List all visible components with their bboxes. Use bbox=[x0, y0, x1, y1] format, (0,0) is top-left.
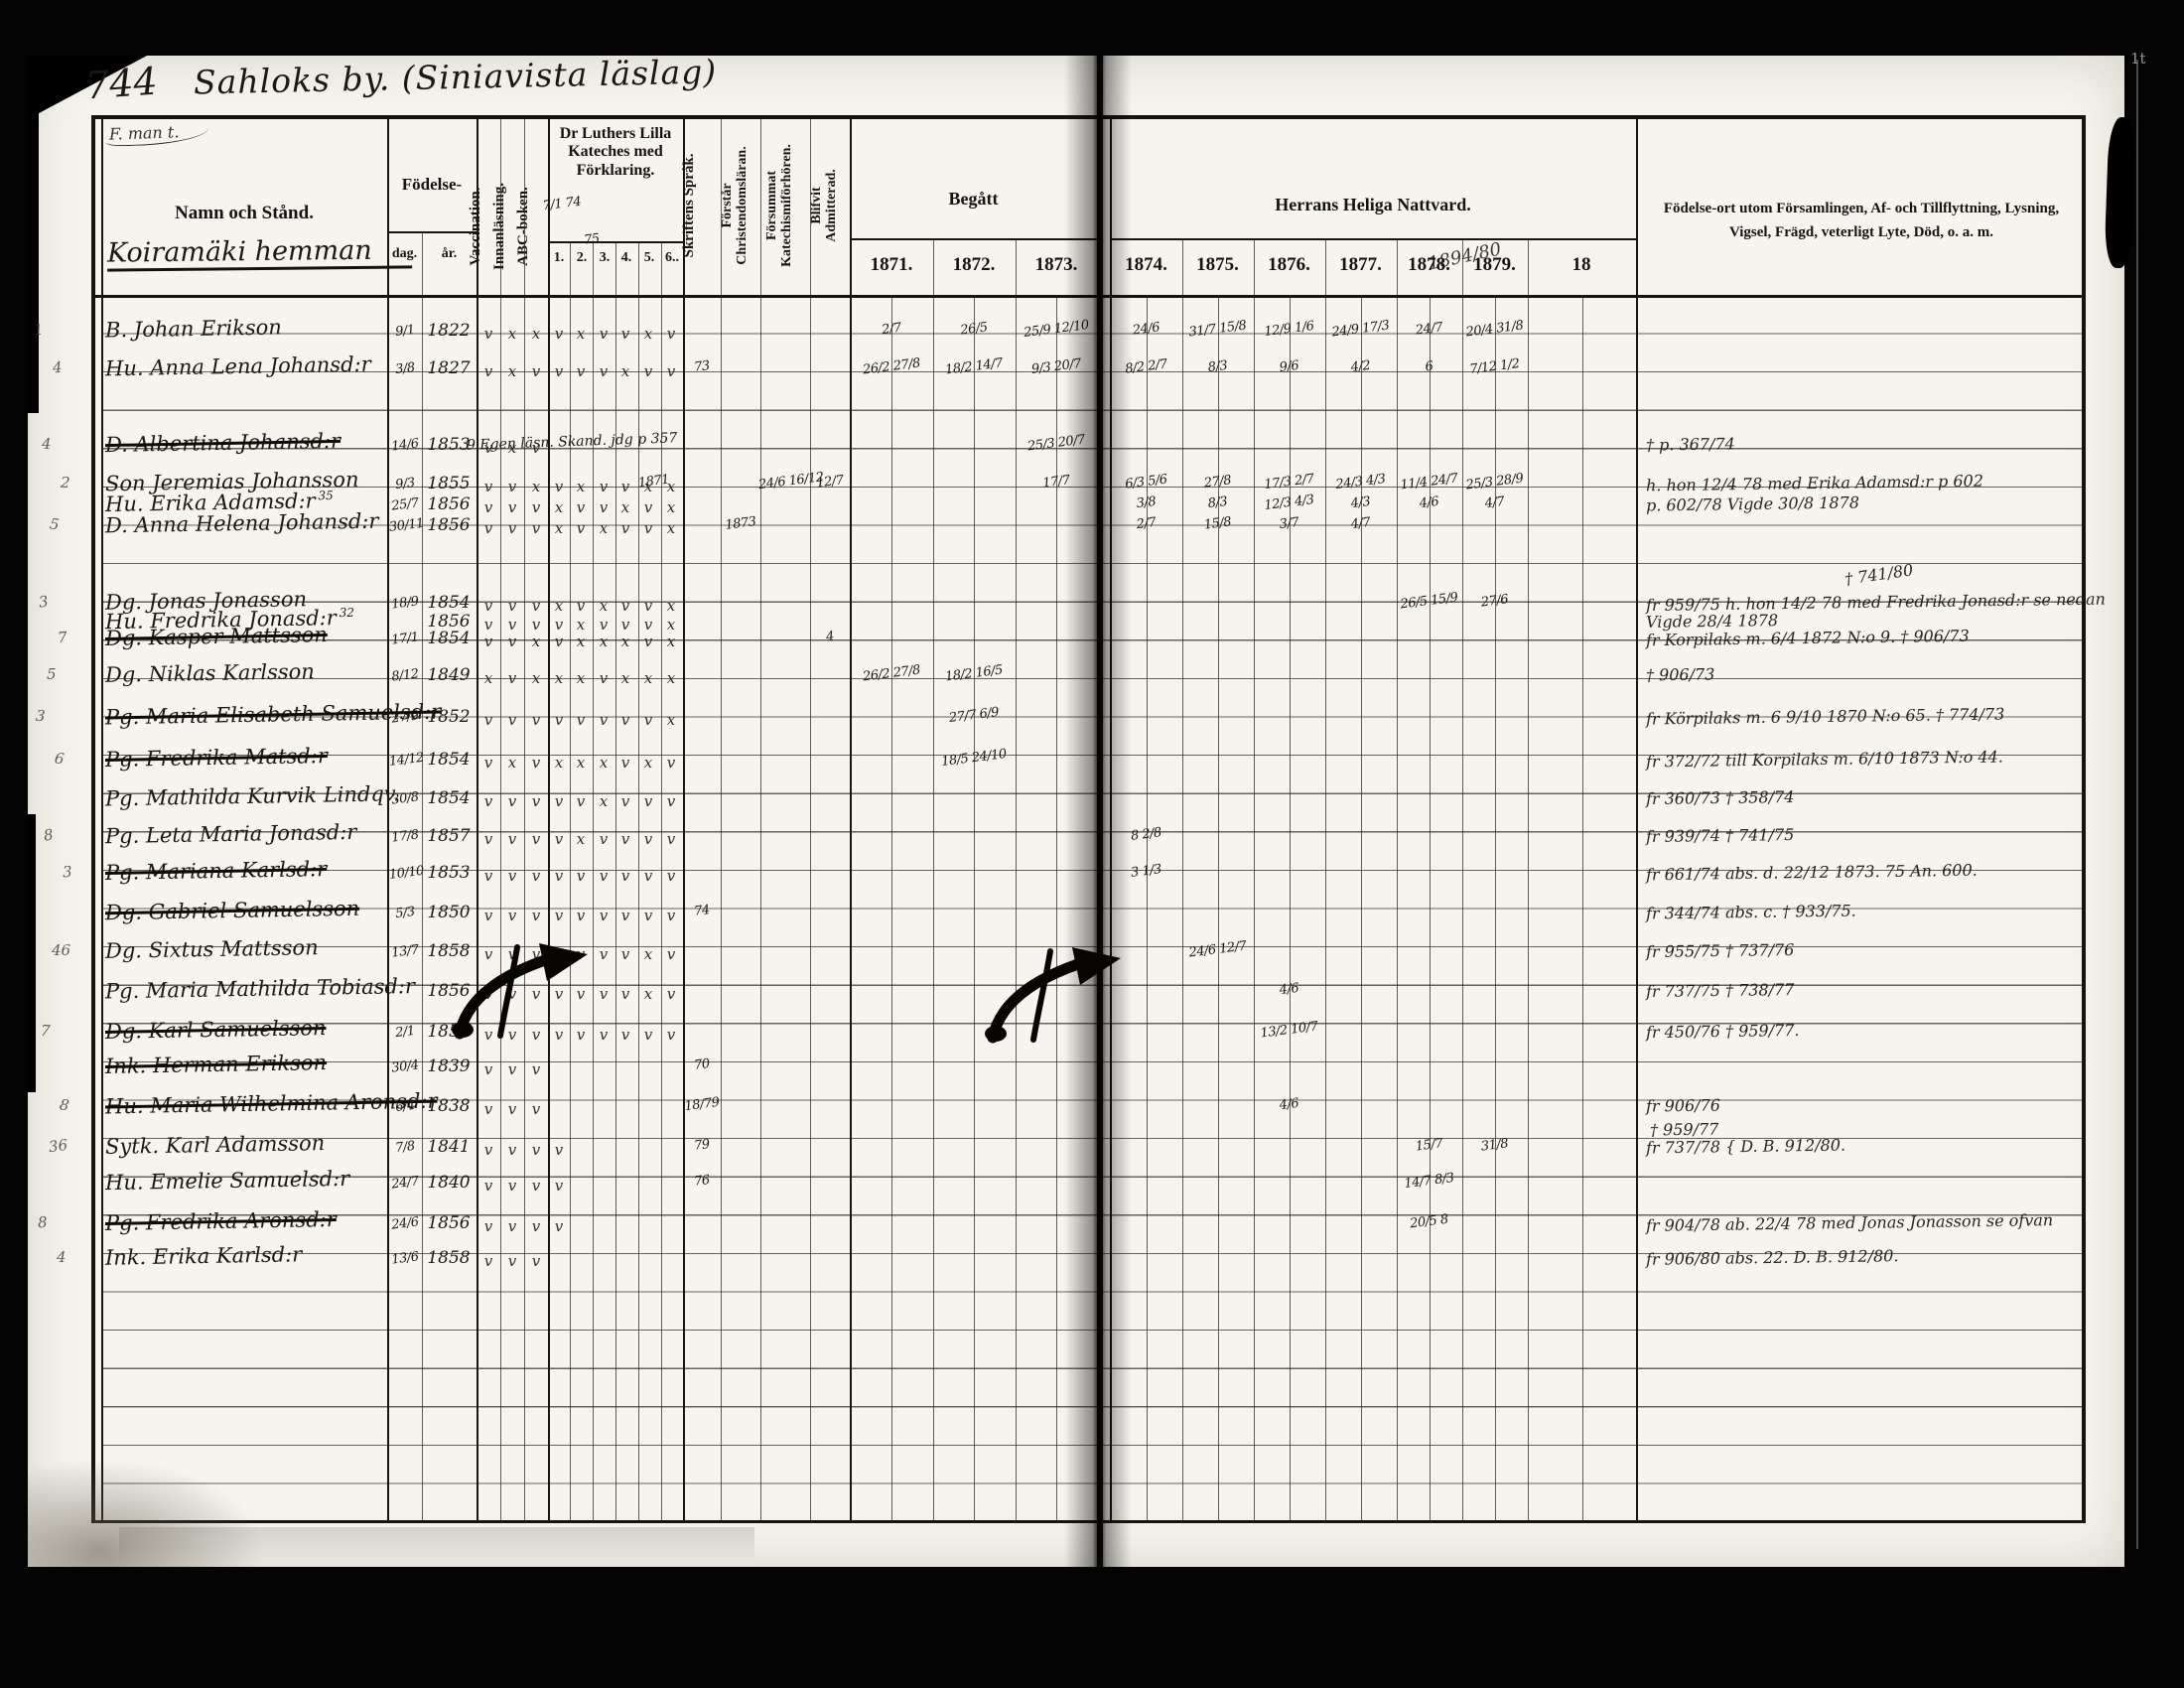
reading-mark: v bbox=[549, 907, 569, 924]
catechism-col-number: 5. bbox=[637, 250, 661, 266]
column-line bbox=[721, 119, 722, 1523]
column-header-scripture-language: Skriftens Språk. bbox=[682, 131, 722, 280]
reading-mark: x bbox=[526, 478, 546, 495]
reading-mark: x bbox=[638, 985, 658, 1003]
reading-mark: v bbox=[526, 1177, 546, 1195]
year-label: 1876. bbox=[1254, 254, 1324, 276]
page-edge-blob bbox=[2104, 117, 2136, 269]
reading-mark: v bbox=[478, 1217, 498, 1235]
marginal-mark: 7 bbox=[40, 1022, 51, 1041]
birth-year: 1840 bbox=[421, 1173, 477, 1193]
reading-mark: v bbox=[526, 945, 546, 963]
column-header-admitted: Blifvit Admitterad. bbox=[810, 151, 850, 260]
reading-mark: v bbox=[638, 519, 658, 537]
reading-mark: v bbox=[549, 633, 569, 650]
reading-mark: v bbox=[571, 1026, 591, 1044]
grid-line bbox=[850, 238, 1097, 240]
person-name: Ink. Erika Karlsd:r bbox=[105, 1242, 303, 1269]
column-header-birth: Födelse- bbox=[387, 175, 477, 195]
year-label: 1875. bbox=[1182, 254, 1253, 276]
remarks-note: † p. 367/74 bbox=[1646, 435, 1735, 455]
reading-mark: x bbox=[571, 633, 591, 650]
birth-year: 1858 bbox=[421, 941, 477, 961]
torn-edge-strip bbox=[28, 56, 39, 413]
reading-mark: v bbox=[549, 830, 569, 848]
reading-mark: v bbox=[526, 1100, 546, 1118]
column-line bbox=[524, 119, 525, 1523]
reading-mark: v bbox=[615, 907, 635, 924]
reading-mark: x bbox=[615, 362, 635, 380]
column-header-abc-book: ABC-boken. bbox=[516, 152, 556, 301]
reading-mark: v bbox=[638, 792, 658, 810]
birth-year: 1857 bbox=[421, 826, 477, 846]
reading-mark: v bbox=[615, 325, 635, 343]
reading-mark: v bbox=[502, 478, 522, 495]
reading-mark: v bbox=[661, 792, 681, 810]
person-name: Sytk. Karl Adamsson bbox=[105, 1131, 326, 1159]
reading-mark: v bbox=[549, 1141, 569, 1159]
reading-mark: v bbox=[638, 498, 658, 516]
person-name: Dg. Gabriel Samuelsson bbox=[105, 897, 360, 924]
reading-mark: v bbox=[502, 1100, 522, 1118]
column-line bbox=[1397, 238, 1398, 1523]
reading-mark: x bbox=[549, 519, 569, 537]
reading-mark: v bbox=[502, 1252, 522, 1270]
reading-mark: v bbox=[661, 1026, 681, 1044]
reading-mark: v bbox=[638, 867, 658, 885]
birth-year: 1854 bbox=[421, 788, 477, 808]
reading-mark: v bbox=[526, 792, 546, 810]
person-name: Pg. Fredrika Aronsd:r bbox=[105, 1207, 337, 1235]
reading-mark: v bbox=[549, 945, 569, 963]
reading-mark: v bbox=[615, 1026, 635, 1044]
reading-mark: v bbox=[615, 830, 635, 848]
reading-mark: v bbox=[549, 325, 569, 343]
reading-mark: v bbox=[661, 754, 681, 772]
reading-mark: v bbox=[526, 754, 546, 772]
reading-mark: v bbox=[502, 867, 522, 885]
remarks-note: fr 939/74 † 741/75 bbox=[1646, 825, 1795, 846]
reading-mark: v bbox=[502, 597, 522, 615]
reading-mark: v bbox=[661, 325, 681, 343]
column-line bbox=[1016, 238, 1017, 1523]
reading-mark: v bbox=[502, 519, 522, 537]
reading-mark: x bbox=[661, 519, 681, 537]
person-name: Pg. Leta Maria Jonasd:r bbox=[105, 820, 357, 848]
reading-mark: v bbox=[594, 478, 614, 495]
reading-mark: v bbox=[594, 498, 614, 516]
reading-mark: v bbox=[526, 1141, 546, 1159]
reading-mark: v bbox=[594, 711, 614, 729]
column-line bbox=[974, 298, 975, 1523]
column-line bbox=[1325, 238, 1326, 1523]
reading-mark: v bbox=[526, 867, 546, 885]
reading-mark: v bbox=[478, 597, 498, 615]
column-header-communion: Herrans Heliga Nattvard. bbox=[1110, 195, 1636, 215]
reading-mark: v bbox=[549, 1026, 569, 1044]
remarks-note: fr 737/75 † 738/77 bbox=[1646, 980, 1795, 1001]
reading-mark: v bbox=[549, 867, 569, 885]
column-line bbox=[810, 119, 811, 1523]
reading-mark: x bbox=[594, 633, 614, 650]
remarks-note: fr 360/73 † 358/74 bbox=[1646, 786, 1795, 807]
reading-mark: v bbox=[615, 985, 635, 1003]
reading-mark: v bbox=[502, 498, 522, 516]
catechism-col-number: 4. bbox=[614, 250, 638, 266]
reading-mark: v bbox=[478, 519, 498, 537]
reading-mark: v bbox=[502, 1060, 522, 1078]
marginal-mark: 2 bbox=[60, 474, 70, 492]
marginal-mark: 4 bbox=[57, 1248, 67, 1266]
reading-mark: x bbox=[638, 945, 658, 963]
reading-mark: x bbox=[571, 478, 591, 495]
reading-mark: v bbox=[638, 362, 658, 380]
reading-mark: v bbox=[526, 498, 546, 516]
reading-mark: v bbox=[549, 616, 569, 633]
person-name: Dg. Sixtus Mattsson bbox=[105, 935, 319, 963]
birth-year: 1852 bbox=[421, 707, 477, 727]
reading-mark: v bbox=[571, 945, 591, 963]
reading-mark: x bbox=[615, 498, 635, 516]
scanned-register-page: 744 Sahloks by. (Siniavista läslag) F. m… bbox=[0, 0, 2184, 1688]
reading-mark: v bbox=[638, 633, 658, 650]
reading-mark: x bbox=[594, 754, 614, 772]
reading-mark: v bbox=[661, 830, 681, 848]
person-name: D. Albertina Johansd:r bbox=[105, 429, 341, 457]
reading-mark: v bbox=[615, 867, 635, 885]
birth-year: 1850 bbox=[421, 1022, 477, 1042]
reading-mark: v bbox=[502, 792, 522, 810]
marginal-mark: 6 bbox=[54, 749, 66, 768]
reading-mark: v bbox=[549, 985, 569, 1003]
person-name: Dg. Niklas Karlsson bbox=[105, 659, 315, 687]
person-name: Pg. Fredrika Matsd:r bbox=[105, 744, 328, 772]
reading-mark: v bbox=[615, 616, 635, 633]
column-header-remarks: Födelse-ort utom Församlingen, Af- och T… bbox=[1650, 197, 2073, 244]
remarks-note: fr 344/74 abs. c. † 933/75. bbox=[1646, 902, 1856, 923]
reading-mark: v bbox=[478, 1026, 498, 1044]
column-header-name: Namn och Stånd. bbox=[109, 203, 379, 224]
reading-mark: v bbox=[526, 985, 546, 1003]
catechism-col-number: 2. bbox=[570, 250, 594, 266]
birth-year: 1854 bbox=[421, 750, 477, 770]
person-name: B. Johan Erikson bbox=[105, 315, 282, 342]
column-line bbox=[891, 298, 892, 1523]
reading-mark: v bbox=[638, 830, 658, 848]
reading-mark: v bbox=[478, 1100, 498, 1118]
reading-mark: v bbox=[478, 1252, 498, 1270]
birth-year: 1838 bbox=[421, 1096, 477, 1116]
year-label: 1877. bbox=[1325, 254, 1396, 276]
column-header-catechism: Dr Luthers Lilla Kateches med Förklaring… bbox=[552, 125, 679, 180]
reading-mark: x bbox=[661, 616, 681, 633]
reading-mark: x bbox=[549, 669, 569, 687]
reading-mark: v bbox=[638, 907, 658, 924]
marginal-mark: 3 bbox=[35, 707, 46, 726]
reading-mark: v bbox=[661, 907, 681, 924]
reading-mark: v bbox=[478, 711, 498, 729]
reading-mark: v bbox=[478, 867, 498, 885]
reading-mark: v bbox=[549, 478, 569, 495]
reading-mark: x bbox=[571, 830, 591, 848]
birth-year: 1849 bbox=[421, 665, 477, 685]
year-label: 1871. bbox=[851, 254, 932, 276]
column-line bbox=[500, 119, 501, 1523]
reading-mark: v bbox=[526, 907, 546, 924]
reading-mark: x bbox=[638, 669, 658, 687]
remarks-note: fr 906/80 abs. 22. D. B. 912/80. bbox=[1646, 1246, 1899, 1269]
torn-edge-strip bbox=[28, 814, 36, 1092]
reading-mark: x bbox=[661, 597, 681, 615]
reading-mark: v bbox=[526, 1026, 546, 1044]
reading-mark: v bbox=[478, 830, 498, 848]
reading-mark: v bbox=[478, 325, 498, 343]
book-gutter bbox=[1064, 56, 1132, 1567]
column-header-neglected-catechism: Försummat Katechismiförhören. bbox=[765, 131, 805, 280]
reading-mark: v bbox=[526, 362, 546, 380]
reading-mark: v bbox=[502, 1217, 522, 1235]
reading-mark: v bbox=[478, 616, 498, 633]
reading-mark: v bbox=[661, 867, 681, 885]
name-superscript: 32 bbox=[340, 606, 355, 620]
remarks-note: p. 602/78 Vigde 30/8 1878 bbox=[1646, 493, 1859, 515]
reading-mark: v bbox=[594, 867, 614, 885]
column-line bbox=[760, 119, 761, 1523]
reading-mark: v bbox=[502, 669, 522, 687]
marginal-mark: 8 bbox=[37, 1213, 48, 1232]
reading-mark: v bbox=[638, 597, 658, 615]
marginal-mark: 3 bbox=[62, 862, 72, 881]
grid-line bbox=[387, 231, 477, 233]
year-label: 18 bbox=[1528, 254, 1635, 276]
scan-edge-line bbox=[2136, 60, 2138, 1549]
reading-mark: v bbox=[478, 907, 498, 924]
reading-mark: x bbox=[638, 325, 658, 343]
birth-year: 1853 bbox=[421, 863, 477, 883]
reading-mark: v bbox=[571, 985, 591, 1003]
village-section-heading: Koiramäki hemman bbox=[107, 234, 412, 271]
reading-mark: v bbox=[571, 867, 591, 885]
reading-mark: v bbox=[615, 792, 635, 810]
marginal-mark: 7 bbox=[57, 629, 68, 647]
reading-mark: x bbox=[549, 597, 569, 615]
person-name: Hu. Emelie Samuelsd:r bbox=[105, 1167, 350, 1195]
column-line bbox=[1254, 238, 1255, 1523]
reading-mark: x bbox=[594, 597, 614, 615]
reading-mark: v bbox=[594, 985, 614, 1003]
reading-mark: x bbox=[661, 711, 681, 729]
reading-mark: v bbox=[638, 711, 658, 729]
reading-mark: v bbox=[549, 1217, 569, 1235]
reading-mark: v bbox=[478, 1177, 498, 1195]
reading-mark: v bbox=[571, 498, 591, 516]
column-line bbox=[1636, 115, 1638, 1523]
reading-mark: x bbox=[502, 754, 522, 772]
reading-mark: x bbox=[571, 325, 591, 343]
reading-mark: v bbox=[615, 711, 635, 729]
reading-mark: x bbox=[526, 669, 546, 687]
birth-year: 1839 bbox=[421, 1056, 477, 1076]
reading-mark: v bbox=[526, 1060, 546, 1078]
reading-mark: v bbox=[571, 519, 591, 537]
birth-year: 1850 bbox=[421, 903, 477, 922]
remarks-note: fr 906/76 bbox=[1646, 1096, 1720, 1116]
reading-mark: x bbox=[615, 633, 635, 650]
birth-year: 1856 bbox=[421, 1213, 477, 1233]
person-name: Pg. Mariana Karlsd:r bbox=[105, 857, 328, 885]
reading-mark: v bbox=[571, 711, 591, 729]
birth-year: 1822 bbox=[421, 321, 477, 341]
marginal-mark: 4 bbox=[52, 358, 63, 377]
reading-mark: v bbox=[502, 1026, 522, 1044]
marginal-mark: 46 bbox=[52, 941, 70, 959]
reading-mark: v bbox=[478, 792, 498, 810]
reading-mark: v bbox=[571, 907, 591, 924]
reading-mark: v bbox=[478, 362, 498, 380]
reading-mark: x bbox=[661, 633, 681, 650]
reading-mark: x bbox=[594, 792, 614, 810]
person-name: Pg. Mathilda Kurvik Lindqv. bbox=[105, 781, 385, 810]
catechism-col-number: 3. bbox=[593, 250, 616, 266]
reading-mark: x bbox=[594, 519, 614, 537]
column-line bbox=[91, 115, 95, 1523]
reading-mark: x bbox=[571, 754, 591, 772]
reading-mark: v bbox=[526, 616, 546, 633]
reading-mark: v bbox=[594, 325, 614, 343]
name-superscript: 35 bbox=[318, 489, 334, 502]
reading-mark: v bbox=[638, 1026, 658, 1044]
column-header-understands-christianity: Förstår Christendomsläran. bbox=[721, 141, 760, 270]
remarks-note: fr 450/76 † 959/77. bbox=[1646, 1021, 1800, 1042]
birth-year: 1854 bbox=[421, 593, 477, 613]
reading-mark: x bbox=[571, 616, 591, 633]
reading-mark: v bbox=[478, 985, 498, 1003]
reading-mark: v bbox=[549, 792, 569, 810]
reading-mark: v bbox=[502, 907, 522, 924]
column-line bbox=[933, 238, 934, 1523]
reading-mark: x bbox=[615, 669, 635, 687]
column-line bbox=[2082, 115, 2086, 1523]
reading-mark: x bbox=[549, 754, 569, 772]
birth-year: 1858 bbox=[421, 1248, 477, 1268]
reading-mark: v bbox=[526, 597, 546, 615]
reading-mark: v bbox=[502, 633, 522, 650]
marginal-mark: 4 bbox=[42, 435, 52, 453]
reading-mark: v bbox=[502, 616, 522, 633]
year-label: 1872. bbox=[933, 254, 1015, 276]
exam-mark: 1871 bbox=[637, 474, 661, 492]
catechism-col-number: 6.. bbox=[660, 250, 684, 266]
edge-mark: 1t bbox=[2130, 50, 2146, 68]
reading-mark: v bbox=[478, 754, 498, 772]
reading-mark: v bbox=[502, 830, 522, 848]
column-header-begatt: Begått bbox=[850, 189, 1097, 210]
column-line bbox=[101, 115, 103, 1523]
reading-mark: v bbox=[594, 945, 614, 963]
reading-mark: v bbox=[615, 519, 635, 537]
person-name: Ink. Herman Erikson bbox=[105, 1051, 327, 1078]
reading-mark: v bbox=[502, 945, 522, 963]
reading-mark: v bbox=[526, 1252, 546, 1270]
grid-line bbox=[548, 241, 683, 243]
birth-year: 1854 bbox=[421, 629, 477, 648]
remarks-note: fr 955/75 † 737/76 bbox=[1646, 940, 1795, 961]
reading-mark: x bbox=[661, 669, 681, 687]
year-label: 1878. bbox=[1397, 254, 1461, 276]
reading-mark: x bbox=[478, 669, 498, 687]
birth-year: 1855 bbox=[421, 474, 477, 493]
reading-mark: v bbox=[502, 711, 522, 729]
birth-year: 1856 bbox=[421, 981, 477, 1001]
reading-mark: v bbox=[478, 478, 498, 495]
reading-mark: x bbox=[661, 498, 681, 516]
reading-mark: v bbox=[526, 519, 546, 537]
column-line bbox=[1528, 238, 1529, 1523]
reading-mark: v bbox=[549, 362, 569, 380]
person-name: Dg. Kasper Mattsson bbox=[105, 623, 328, 650]
reading-mark: v bbox=[615, 478, 635, 495]
reading-mark: v bbox=[478, 633, 498, 650]
reading-mark: v bbox=[594, 830, 614, 848]
birth-year: 1856 bbox=[421, 494, 477, 514]
reading-mark: x bbox=[526, 633, 546, 650]
reading-mark: v bbox=[615, 597, 635, 615]
reading-mark: x bbox=[549, 498, 569, 516]
person-name: Hu. Anna Lena Johansd:r bbox=[105, 352, 371, 381]
year-label: 1879. bbox=[1462, 254, 1527, 276]
reading-mark: v bbox=[594, 1026, 614, 1044]
marginal-mark: 5 bbox=[47, 665, 57, 683]
catechism-col-number: 1. bbox=[547, 250, 571, 266]
column-line bbox=[683, 115, 685, 1523]
birth-year: 1827 bbox=[421, 358, 477, 378]
reading-mark: v bbox=[594, 669, 614, 687]
reading-mark: v bbox=[502, 1141, 522, 1159]
reading-mark: v bbox=[549, 1177, 569, 1195]
column-line bbox=[1462, 238, 1463, 1523]
reading-mark: v bbox=[478, 945, 498, 963]
reading-mark: v bbox=[571, 597, 591, 615]
grid-line bbox=[1110, 238, 1636, 240]
birth-day: 30/8 bbox=[388, 789, 422, 808]
remarks-note: fr 737/78 { D. B. 912/80. bbox=[1646, 1135, 1845, 1157]
reading-mark: v bbox=[638, 616, 658, 633]
reading-mark: v bbox=[615, 945, 635, 963]
reading-mark: x bbox=[571, 669, 591, 687]
reading-mark: v bbox=[502, 985, 522, 1003]
reading-mark: x bbox=[502, 362, 522, 380]
reading-mark: v bbox=[478, 1060, 498, 1078]
reading-mark: v bbox=[478, 1141, 498, 1159]
birth-year: 1856 bbox=[421, 515, 477, 535]
reading-mark: v bbox=[571, 362, 591, 380]
page-number: 744 bbox=[84, 60, 159, 108]
column-line bbox=[1582, 298, 1583, 1523]
reading-mark: x bbox=[502, 325, 522, 343]
marginal-mark: 36 bbox=[48, 1136, 68, 1156]
reading-mark: v bbox=[661, 985, 681, 1003]
reading-mark: v bbox=[594, 616, 614, 633]
reading-mark: v bbox=[594, 907, 614, 924]
birth-year: 1841 bbox=[421, 1137, 477, 1157]
reading-mark: v bbox=[478, 498, 498, 516]
reading-mark: x bbox=[526, 325, 546, 343]
reading-mark: x bbox=[638, 754, 658, 772]
reading-mark: v bbox=[502, 1177, 522, 1195]
reading-mark: v bbox=[526, 711, 546, 729]
reading-mark: v bbox=[661, 945, 681, 963]
reading-mark: v bbox=[615, 754, 635, 772]
